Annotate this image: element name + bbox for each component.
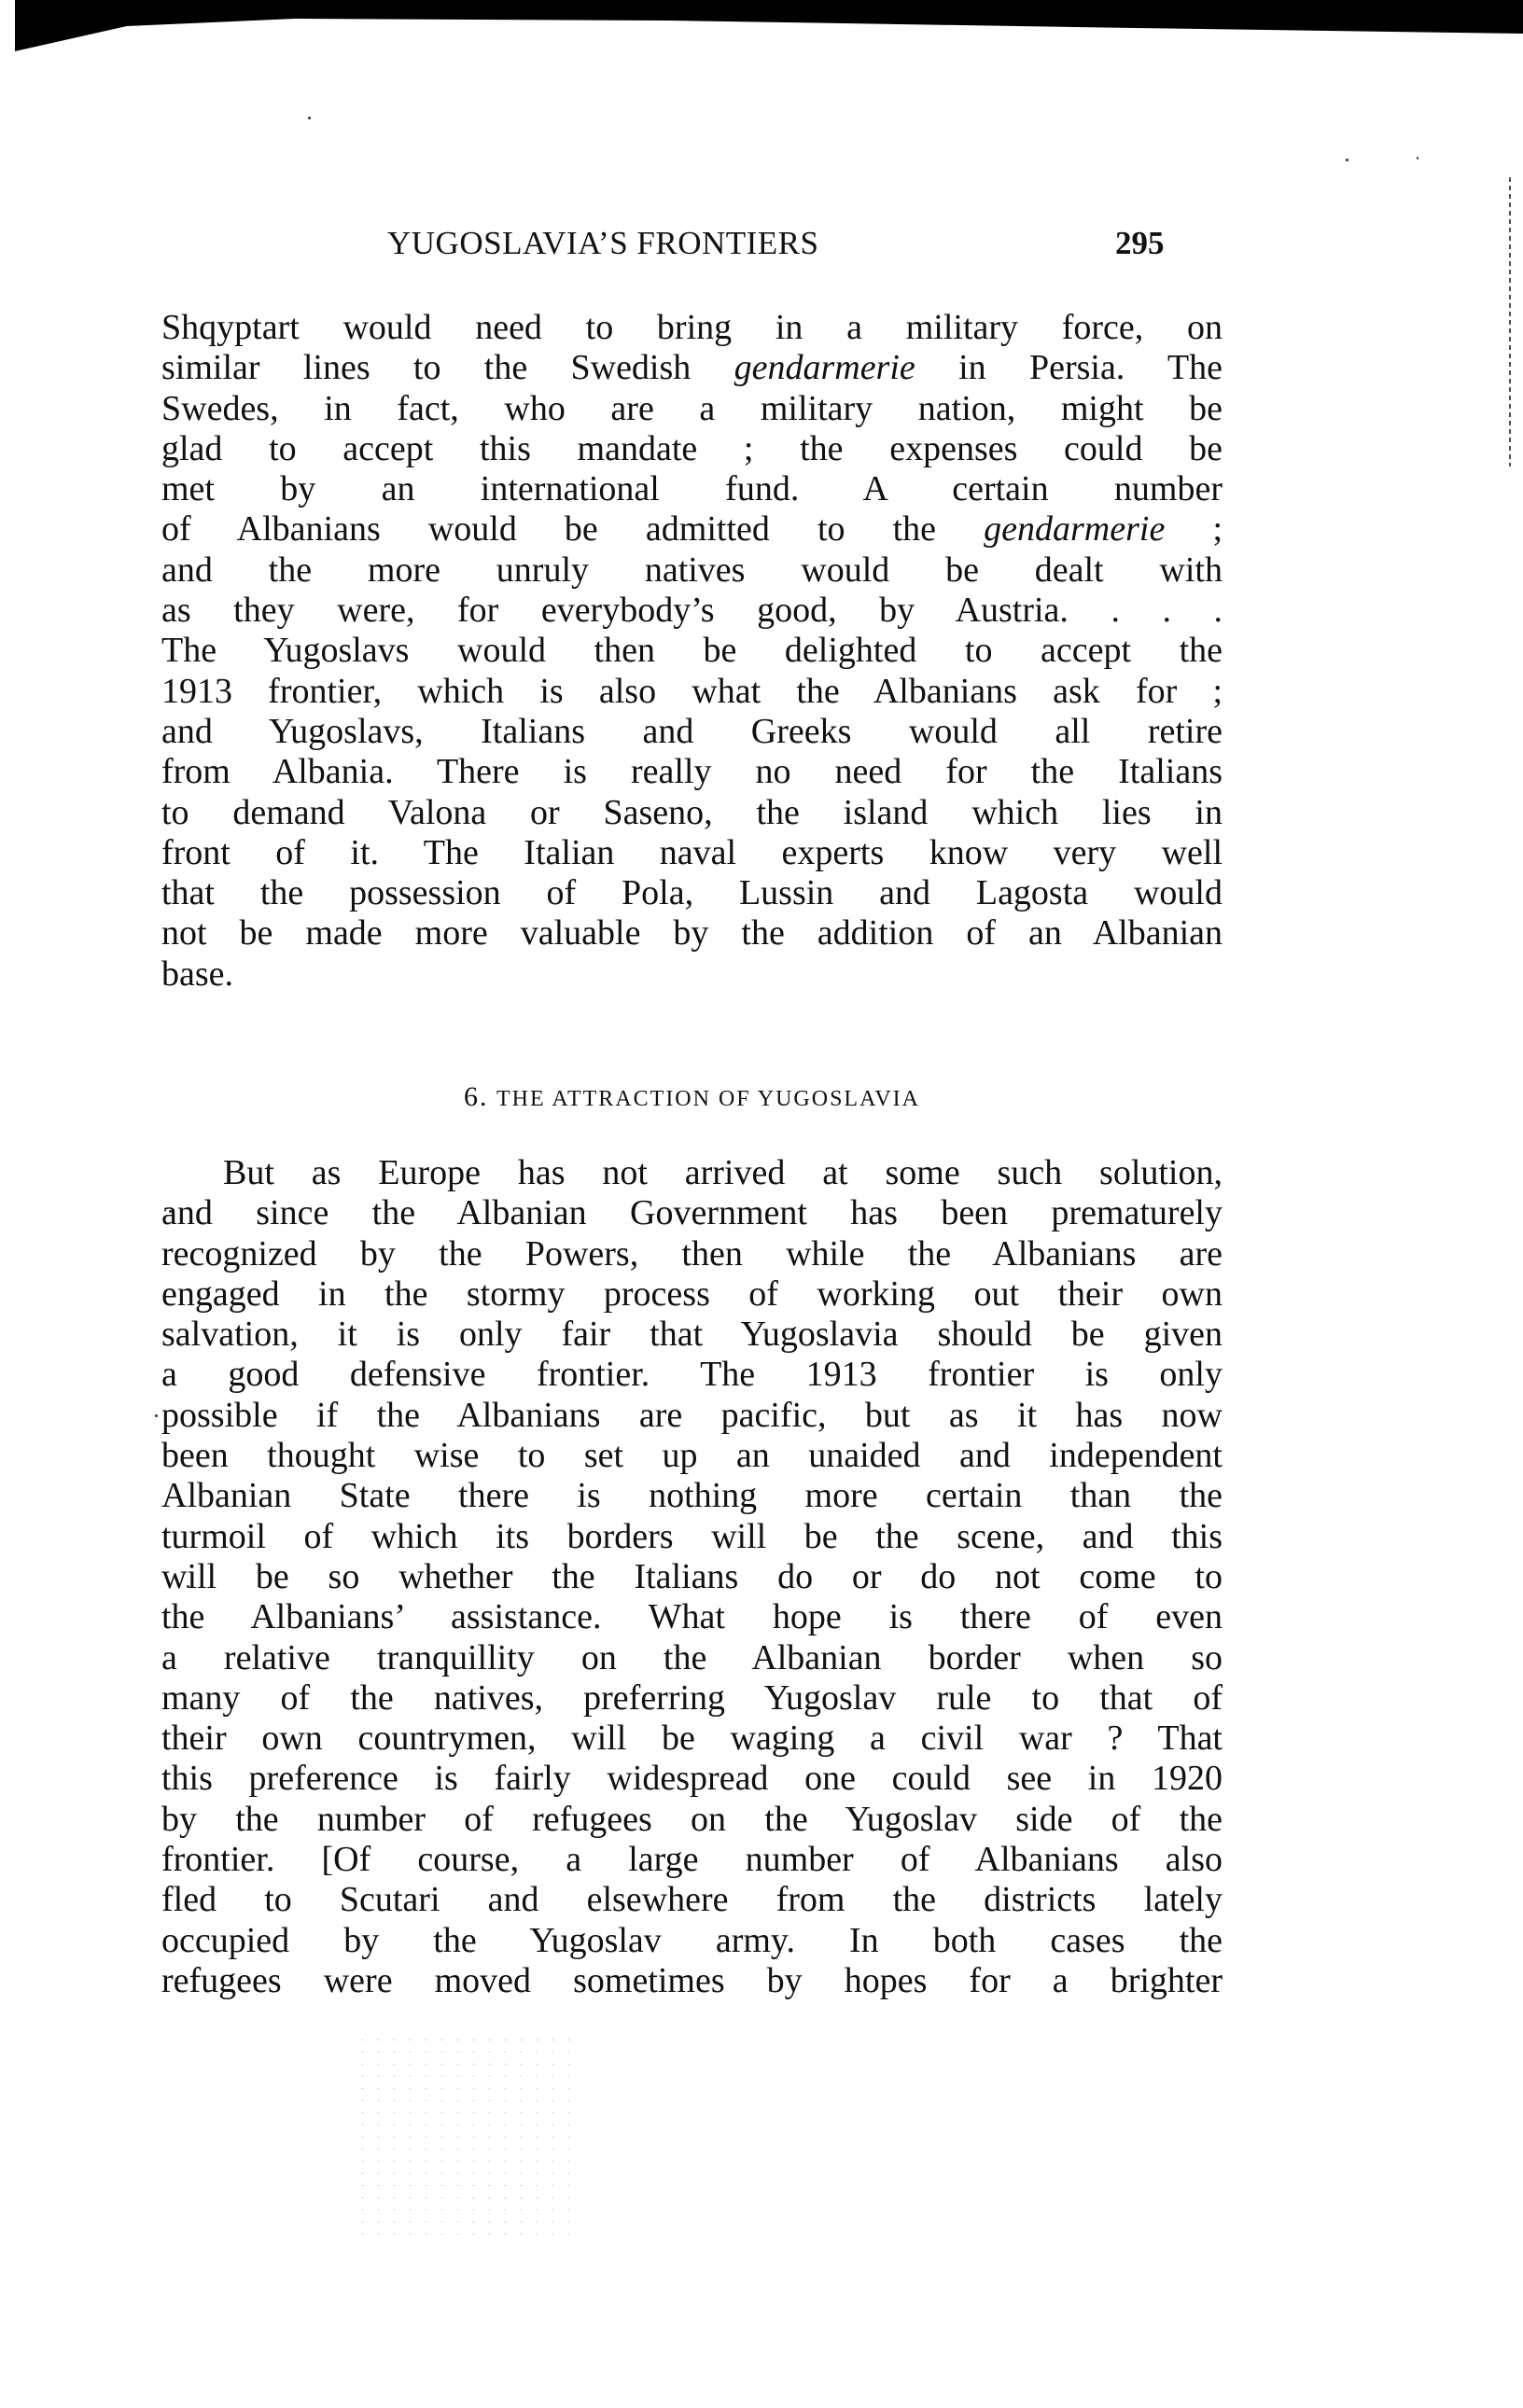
text-line: a good defensive frontier. The 1913 fron…	[161, 1355, 1223, 1395]
text-line: not be made more valuable by the additio…	[161, 913, 1223, 953]
text-line: to demand Valona or Saseno, the island w…	[161, 793, 1223, 833]
text-line: many of the natives, preferring Yugoslav…	[161, 1678, 1223, 1719]
text-line: front of it. The Italian naval experts k…	[161, 833, 1223, 873]
text-line: the Albanians’ assistance. What hope is …	[161, 1597, 1223, 1637]
text-line: met by an international fund. A certain …	[161, 469, 1223, 509]
text-line: But as Europe has not arrived at some su…	[161, 1153, 1223, 1193]
text-line: recognized by the Powers, then while the…	[161, 1234, 1223, 1274]
scan-speck	[308, 117, 311, 119]
scan-noise	[355, 2034, 579, 2239]
section-number: 6.	[464, 1081, 489, 1112]
text-line: from Albania. There is really no need fo…	[161, 752, 1223, 792]
paragraph-1: Shqyptart would need to bring in a milit…	[161, 308, 1223, 995]
text-span: similar lines to the Swedish	[161, 348, 734, 387]
scan-speck	[169, 1210, 172, 1213]
text-line: and since the Albanian Government has be…	[161, 1193, 1223, 1233]
text-line: this preference is fairly widespread one…	[161, 1759, 1223, 1799]
text-line: The Yugoslavs would then be delighted to…	[161, 631, 1223, 671]
scan-right-edge-artifact	[1509, 177, 1511, 466]
text-line: as they were, for everybody’s good, by A…	[161, 591, 1223, 631]
paragraph-2: But as Europe has not arrived at some su…	[161, 1153, 1223, 2001]
scan-speck	[155, 1414, 158, 1417]
text-line: refugees were moved sometimes by hopes f…	[161, 1961, 1223, 2001]
text-line: occupied by the Yugoslav army. In both c…	[161, 1921, 1223, 1961]
text-line: Albanian State there is nothing more cer…	[161, 1476, 1223, 1516]
text-line: Shqyptart would need to bring in a milit…	[161, 308, 1223, 348]
text-line: their own countrymen, will be waging a c…	[161, 1719, 1223, 1759]
text-line: turmoil of which its borders will be the…	[161, 1517, 1223, 1557]
running-head-title: YUGOSLAVIA’S FRONTIERS	[387, 220, 819, 267]
text-line: salvation, it is only fair that Yugoslav…	[161, 1315, 1223, 1355]
page-number: 295	[1115, 220, 1165, 267]
scan-speck	[1346, 159, 1348, 161]
text-line: Swedes, in fact, who are a military nati…	[161, 389, 1223, 429]
italic-term: gendarmerie	[734, 348, 915, 387]
section-title: The Attraction of Yugoslavia	[496, 1087, 920, 1111]
text-line: engaged in the stormy process of working…	[161, 1274, 1223, 1315]
text-line: frontier. [Of course, a large number of …	[161, 1840, 1223, 1880]
scan-edge-shadow	[15, 0, 1523, 52]
text-line: similar lines to the Swedish gendarmerie…	[161, 348, 1223, 388]
text-line: and Yugoslavs, Italians and Greeks would…	[161, 712, 1223, 752]
text-line: a relative tranquillity on the Albanian …	[161, 1638, 1223, 1678]
text-line: that the possession of Pola, Lussin and …	[161, 873, 1223, 913]
text-line: will be so whether the Italians do or do…	[161, 1557, 1223, 1597]
text-line: fled to Scutari and elsewhere from the d…	[161, 1880, 1223, 1920]
text-span: ;	[1165, 509, 1223, 549]
text-line: of Albanians would be admitted to the ge…	[161, 509, 1223, 550]
text-line: and the more unruly natives would be dea…	[161, 550, 1223, 591]
text-line: 1913 frontier, which is also what the Al…	[161, 672, 1223, 712]
text-line: been thought wise to set up an unaided a…	[161, 1436, 1223, 1476]
text-line: possible if the Albanians are pacific, b…	[161, 1396, 1223, 1436]
scan-speck	[187, 1585, 189, 1588]
italic-term: gendarmerie	[984, 509, 1165, 549]
text-line: glad to accept this mandate ; the expens…	[161, 429, 1223, 469]
scan-speck	[1417, 157, 1418, 160]
text-line: by the number of refugees on the Yugosla…	[161, 1800, 1223, 1840]
text-span: of Albanians would be admitted to the	[161, 509, 984, 549]
section-heading: 6. The Attraction of Yugoslavia	[161, 1080, 1223, 1116]
text-span: in Persia. The	[915, 348, 1223, 387]
running-head: YUGOSLAVIA’S FRONTIERS 295	[161, 220, 1223, 267]
text-line: base.	[161, 954, 1223, 995]
